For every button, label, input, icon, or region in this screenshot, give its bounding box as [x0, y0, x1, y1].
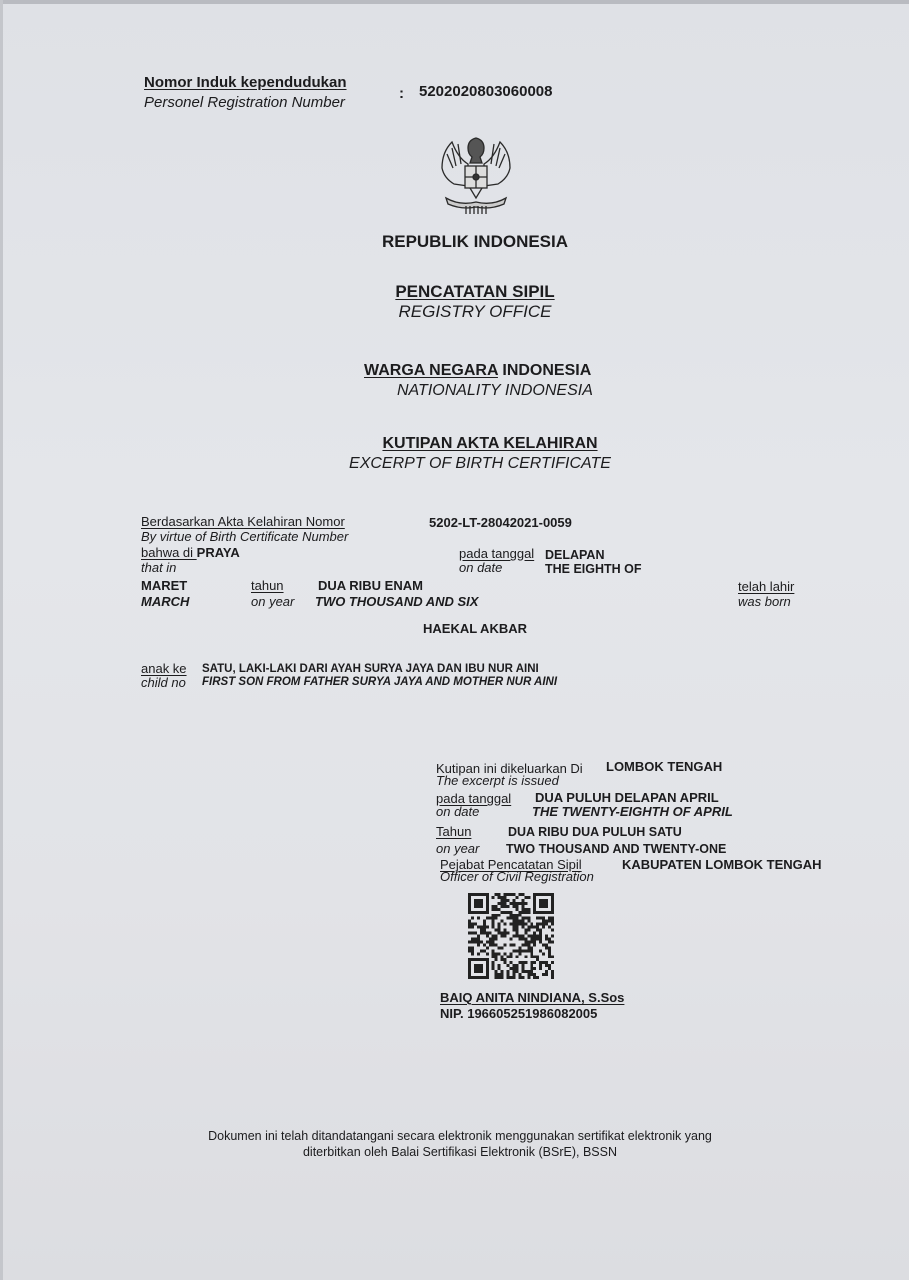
- issued-label-en: The excerpt is issued: [436, 773, 559, 788]
- birth-place-row: bahwa di PRAYA: [141, 545, 240, 560]
- nik-label: Nomor Induk kependudukan: [144, 74, 347, 91]
- officer-region: KABUPATEN LOMBOK TENGAH: [622, 857, 822, 872]
- nik-label-en: Personel Registration Number: [144, 94, 345, 111]
- birth-month-en: MARCH: [141, 594, 189, 609]
- born-label-en: was born: [738, 594, 791, 609]
- footer-line-2: diterbitkan oleh Balai Sertifikasi Elekt…: [100, 1145, 820, 1159]
- cert-no-label: Berdasarkan Akta Kelahiran Nomor: [141, 514, 345, 529]
- birth-date-value-en: THE EIGHTH OF: [545, 562, 642, 576]
- document-title: KUTIPAN AKTA KELAHIRAN: [300, 435, 680, 453]
- nik-value: 5202020803060008: [419, 83, 552, 100]
- place-label: bahwa di: [141, 545, 197, 560]
- birth-date-label-en: on date: [459, 560, 502, 575]
- birth-date-label: pada tanggal: [459, 546, 534, 561]
- child-no-value: SATU, LAKI-LAKI DARI AYAH SURYA JAYA DAN…: [202, 663, 539, 675]
- nationality-label: WARGA NEGARA: [364, 362, 498, 379]
- issued-date-value-en: THE TWENTY-EIGHTH OF APRIL: [532, 804, 733, 819]
- child-no-label: anak ke: [141, 661, 187, 676]
- country-title: REPUBLIK INDONESIA: [300, 232, 650, 252]
- qr-code-icon[interactable]: [467, 893, 555, 979]
- birth-year-label: tahun: [251, 578, 284, 593]
- issued-year-value-en: TWO THOUSAND AND TWENTY-ONE: [506, 842, 726, 856]
- nationality-value: INDONESIA: [502, 362, 591, 379]
- officer-label-en: Officer of Civil Registration: [440, 869, 594, 884]
- birth-year-value: DUA RIBU ENAM: [318, 578, 423, 593]
- child-name: HAEKAL AKBAR: [423, 621, 527, 636]
- issued-place: LOMBOK TENGAH: [606, 759, 722, 774]
- office-title-en: REGISTRY OFFICE: [300, 302, 650, 322]
- issued-date-label-en: on date: [436, 804, 479, 819]
- child-no-value-en: FIRST SON FROM FATHER SURYA JAYA AND MOT…: [202, 676, 557, 688]
- birth-date-value: DELAPAN: [545, 548, 605, 562]
- birth-month: MARET: [141, 578, 187, 593]
- document-title-en: EXCERPT OF BIRTH CERTIFICATE: [290, 455, 670, 473]
- garuda-emblem-icon: [432, 134, 520, 220]
- signer-name: BAIQ ANITA NINDIANA, S.Sos: [440, 990, 624, 1005]
- nationality-en: NATIONALITY INDONESIA: [397, 382, 593, 400]
- page-edge-left: [0, 0, 3, 1280]
- birth-year-value-en: TWO THOUSAND AND SIX: [315, 594, 478, 609]
- nationality-row: WARGA NEGARA INDONESIA: [364, 362, 591, 380]
- child-no-label-en: child no: [141, 675, 186, 690]
- cert-no-label-en: By virtue of Birth Certificate Number: [141, 529, 348, 544]
- signer-nip: NIP. 196605251986082005: [440, 1006, 597, 1021]
- place-value: PRAYA: [197, 545, 240, 560]
- born-label: telah lahir: [738, 579, 794, 594]
- page-edge-top: [0, 0, 909, 4]
- issued-year-label-en: on year: [436, 841, 479, 856]
- cert-no-value: 5202-LT-28042021-0059: [429, 515, 572, 530]
- issued-year-label: Tahun: [436, 824, 471, 839]
- issued-date-value: DUA PULUH DELAPAN APRIL: [535, 790, 719, 805]
- issued-year-value: DUA RIBU DUA PULUH SATU: [508, 825, 682, 839]
- nik-separator: :: [399, 85, 404, 102]
- office-title: PENCATATAN SIPIL: [300, 282, 650, 302]
- place-label-en: that in: [141, 560, 176, 575]
- footer-line-1: Dokumen ini telah ditandatangani secara …: [100, 1129, 820, 1143]
- birth-year-label-en: on year: [251, 594, 294, 609]
